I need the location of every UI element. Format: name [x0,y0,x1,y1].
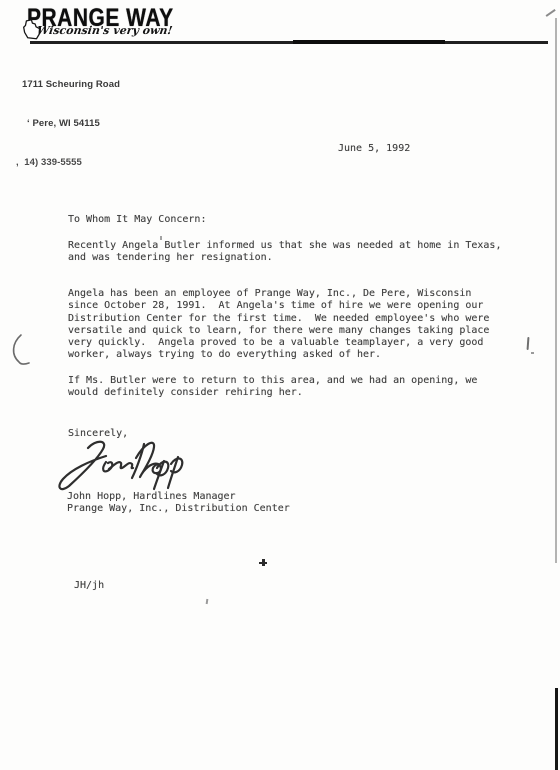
letter-date: June 5, 1992 [338,143,410,155]
scan-edge-nick [546,9,556,17]
scan-artifact-left-paren [8,332,34,370]
paragraph-employment-history: Angela has been an employee of Prange Wa… [68,288,489,362]
address-line-phone: , 14) 339-5555 [16,156,120,169]
brand-tagline: Wisconsin's very own! [36,24,173,37]
handwritten-signature-john-hopp [56,436,191,494]
scan-speck-apostrophe [160,236,162,240]
scan-artifact-right-dot [531,352,534,354]
letterhead-rule-thick-segment [293,40,445,44]
paragraph-resignation: Recently Angela Butler informed us that … [68,240,501,265]
letterhead-rule [30,41,548,44]
scan-speck-tick [206,599,209,604]
scan-artifact-right-mark [527,337,530,350]
address-line-street: 1711 Scheuring Road [22,78,120,91]
signer-name-title-block: John Hopp, Hardlines Manager Prange Way,… [67,491,290,516]
scanned-letter-page: PRANGE WAY Wisconsin's very own! 1711 Sc… [0,0,560,770]
scan-speck-cross-vertical [262,559,265,566]
scan-edge-line-black [555,688,558,770]
scan-edge-line-gray [555,18,557,563]
salutation: To Whom It May Concern: [68,214,206,226]
address-line-city: ‘ Pere, WI 54115 [27,117,120,130]
paragraph-rehire: If Ms. Butler were to return to this are… [68,375,477,400]
reference-initials: JH/jh [74,580,104,592]
letterhead-address: 1711 Scheuring Road ‘ Pere, WI 54115 , 1… [22,52,120,195]
